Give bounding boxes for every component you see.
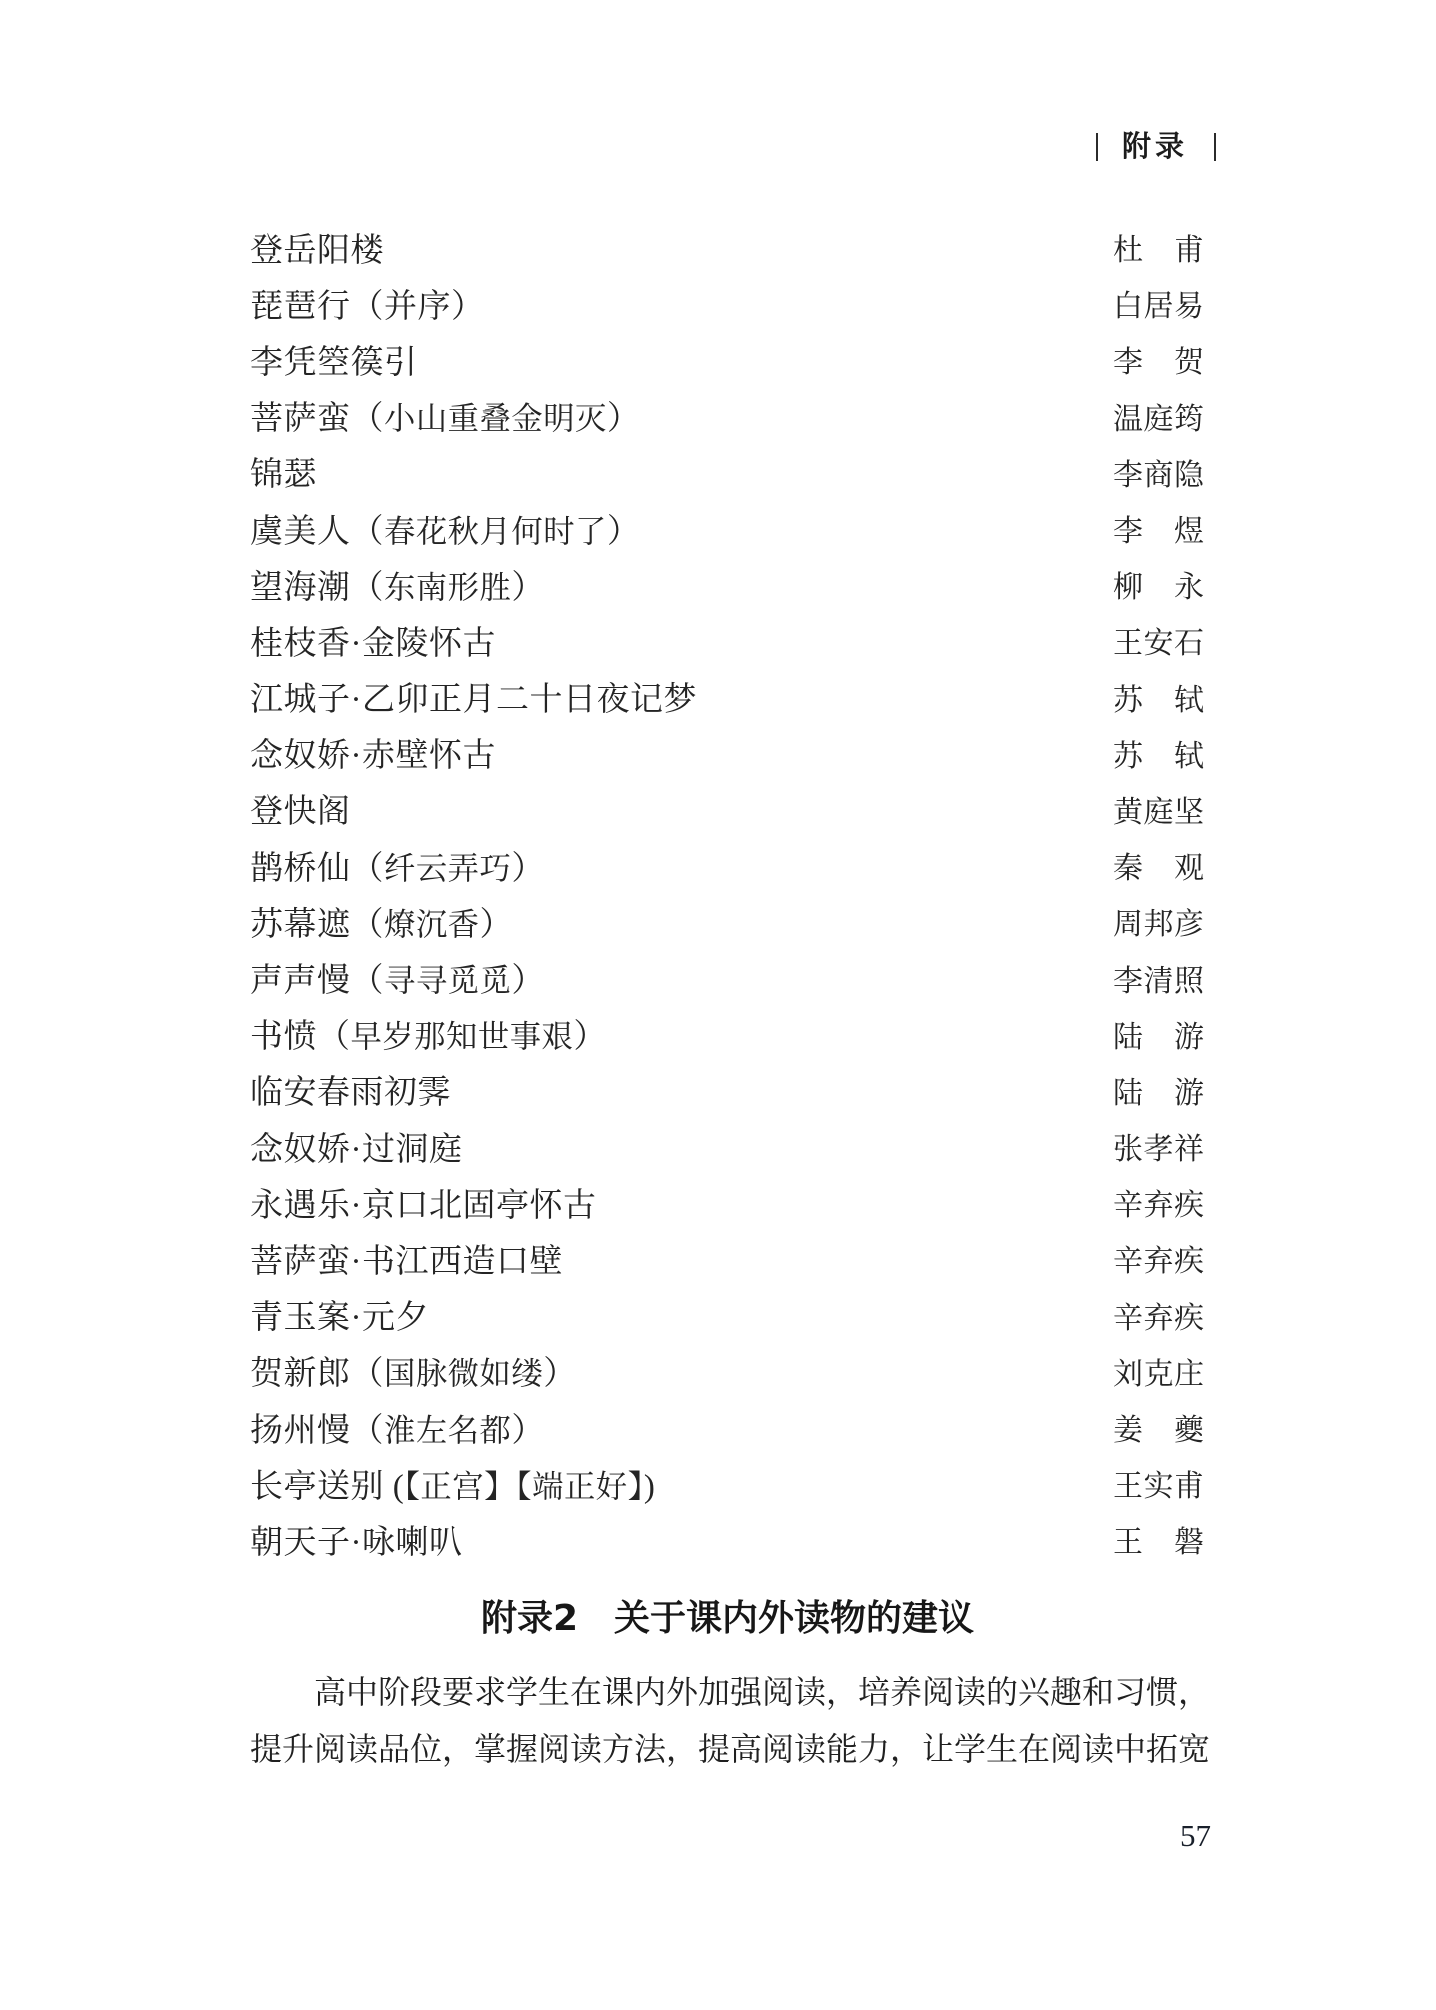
list-item: 望海潮（东南形胜） 柳 永 [250, 556, 1205, 612]
work-title: 扬州慢（淮左名都） [250, 1404, 545, 1451]
list-item: 书愤（早岁那知世事艰） 陆 游 [250, 1006, 1205, 1062]
work-title: 菩萨蛮（小山重叠金明灭） [250, 392, 640, 439]
work-title: 念奴娇·过洞庭 [250, 1123, 463, 1170]
work-title: 登岳阳楼 [250, 224, 384, 271]
list-item: 琵琶行（并序） 白居易 [250, 275, 1205, 331]
page-number: 57 [1180, 1818, 1211, 1854]
work-author: 辛弃疾 [1113, 1293, 1205, 1337]
paragraph-line: 提升阅读品位，掌握阅读方法，提高阅读能力，让学生在阅读中拓宽 [250, 1721, 1212, 1778]
work-title: 长亭送别 (【正宫】【端正好】) [250, 1460, 655, 1507]
list-item: 朝天子·咏喇叭 王 磐 [250, 1511, 1205, 1567]
list-item: 苏幕遮（燎沉香） 周邦彦 [250, 893, 1205, 949]
list-item: 贺新郎（国脉微如缕） 刘克庄 [250, 1343, 1205, 1399]
list-item: 登岳阳楼 杜 甫 [250, 219, 1205, 275]
work-title: 江城子·乙卯正月二十日夜记梦 [250, 673, 697, 720]
work-author: 李 贺 [1113, 337, 1205, 381]
work-title: 李凭箜篌引 [250, 336, 418, 383]
work-title: 鹊桥仙（纤云弄巧） [250, 842, 545, 889]
work-author: 王安石 [1113, 618, 1205, 662]
list-item: 桂枝香·金陵怀古 王安石 [250, 612, 1205, 668]
list-item: 念奴娇·过洞庭 张孝祥 [250, 1118, 1205, 1174]
header-right-bar [1214, 133, 1216, 161]
work-title: 虞美人（春花秋月何时了） [250, 505, 640, 552]
work-author: 姜 夔 [1113, 1405, 1205, 1449]
work-author: 秦 观 [1113, 843, 1205, 887]
work-author: 柳 永 [1113, 562, 1205, 606]
list-item: 永遇乐·京口北固亭怀古 辛弃疾 [250, 1174, 1205, 1230]
work-author: 黄庭坚 [1113, 787, 1205, 831]
work-author: 温庭筠 [1113, 394, 1205, 438]
work-author: 白居易 [1113, 281, 1205, 325]
list-item: 鹊桥仙（纤云弄巧） 秦 观 [250, 837, 1205, 893]
work-title: 菩萨蛮·书江西造口壁 [250, 1235, 563, 1282]
list-item: 江城子·乙卯正月二十日夜记梦 苏 轼 [250, 669, 1205, 725]
work-author: 苏 轼 [1113, 675, 1205, 719]
paragraph-line: 高中阶段要求学生在课内外加强阅读，培养阅读的兴趣和习惯， [250, 1664, 1212, 1721]
list-item: 青玉案·元夕 辛弃疾 [250, 1287, 1205, 1343]
work-author: 王 磐 [1113, 1517, 1205, 1561]
work-author: 杜 甫 [1113, 225, 1205, 269]
appendix2-heading: 附录2 关于课内外读物的建议 [250, 1594, 1205, 1644]
work-title: 临安春雨初霁 [250, 1066, 451, 1113]
header-left-bar [1096, 133, 1098, 161]
work-title: 永遇乐·京口北固亭怀古 [250, 1179, 597, 1226]
list-item: 虞美人（春花秋月何时了） 李 煜 [250, 500, 1205, 556]
list-item: 声声慢（寻寻觅觅） 李清照 [250, 949, 1205, 1005]
list-item: 扬州慢（淮左名都） 姜 夔 [250, 1399, 1205, 1455]
work-author: 辛弃疾 [1113, 1180, 1205, 1224]
list-item: 菩萨蛮（小山重叠金明灭） 温庭筠 [250, 388, 1205, 444]
work-author: 陆 游 [1113, 1068, 1205, 1112]
list-item: 登快阁 黄庭坚 [250, 781, 1205, 837]
work-author: 辛弃疾 [1113, 1236, 1205, 1280]
work-title: 念奴娇·赤壁怀古 [250, 729, 496, 776]
work-title: 声声慢（寻寻觅觅） [250, 954, 545, 1001]
work-title: 贺新郎（国脉微如缕） [250, 1347, 577, 1394]
work-title: 苏幕遮（燎沉香） [250, 898, 513, 945]
work-title: 青玉案·元夕 [250, 1291, 429, 1338]
work-title: 望海潮（东南形胜） [250, 561, 545, 608]
work-author: 刘克庄 [1113, 1349, 1205, 1393]
list-item: 锦瑟 李商隐 [250, 444, 1205, 500]
work-author: 周邦彦 [1113, 899, 1205, 943]
work-title: 桂枝香·金陵怀古 [250, 617, 496, 664]
list-item: 李凭箜篌引 李 贺 [250, 331, 1205, 387]
work-author: 苏 轼 [1113, 731, 1205, 775]
work-author: 张孝祥 [1113, 1124, 1205, 1168]
work-author: 王实甫 [1113, 1461, 1205, 1505]
work-title: 锦瑟 [250, 448, 317, 495]
work-title: 书愤（早岁那知世事艰） [250, 1010, 607, 1057]
list-item: 菩萨蛮·书江西造口壁 辛弃疾 [250, 1230, 1205, 1286]
work-title: 琵琶行（并序） [250, 280, 485, 327]
work-author: 陆 游 [1113, 1012, 1205, 1056]
work-author: 李 煜 [1113, 506, 1205, 550]
list-item: 长亭送别 (【正宫】【端正好】) 王实甫 [250, 1455, 1205, 1511]
list-item: 念奴娇·赤壁怀古 苏 轼 [250, 725, 1205, 781]
work-title: 朝天子·咏喇叭 [250, 1516, 463, 1563]
book-page: { "page": { "header_title": "附录", "page_… [0, 0, 1436, 2010]
work-title: 登快阁 [250, 785, 351, 832]
reading-list: 登岳阳楼 杜 甫 琵琶行（并序） 白居易 李凭箜篌引 李 贺 菩萨蛮（小山重叠金… [250, 219, 1205, 1568]
work-author: 李商隐 [1113, 450, 1205, 494]
work-author: 李清照 [1113, 956, 1205, 1000]
header-section-label: 附录 [1122, 131, 1188, 163]
running-head: 附录 [1096, 131, 1216, 163]
list-item: 临安春雨初霁 陆 游 [250, 1062, 1205, 1118]
appendix2-paragraph: 高中阶段要求学生在课内外加强阅读，培养阅读的兴趣和习惯， 提升阅读品位，掌握阅读… [250, 1664, 1212, 1778]
